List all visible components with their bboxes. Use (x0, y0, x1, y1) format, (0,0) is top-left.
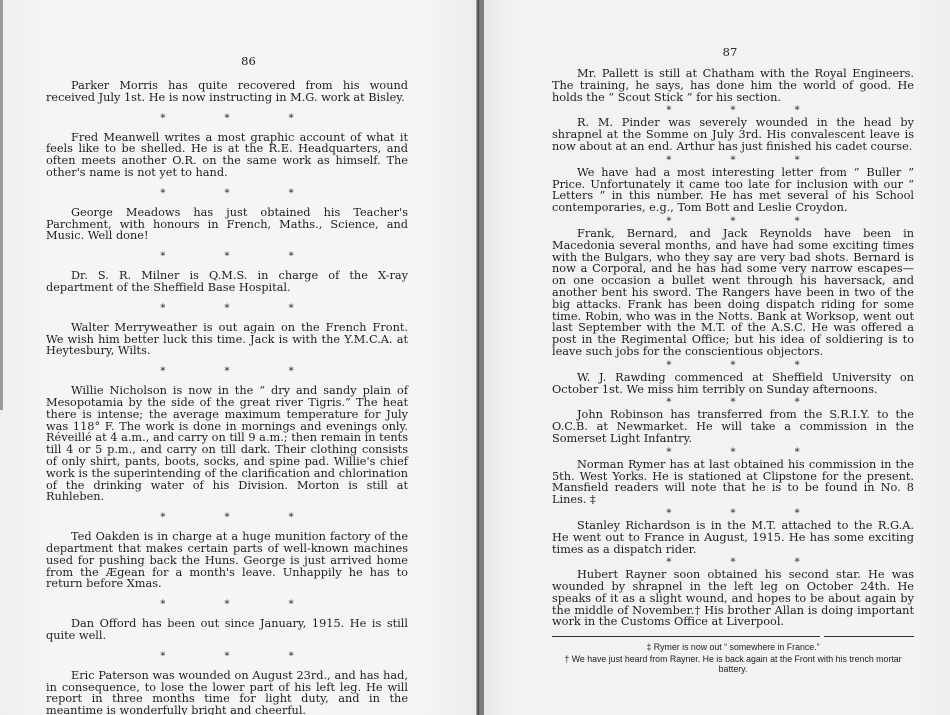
footnote-rule-segment (824, 636, 914, 637)
left-page-text-column: Parker Morris has quite recovered from h… (46, 80, 408, 715)
paragraph-eric-paterson: Eric Paterson was wounded on August 23rd… (46, 670, 408, 715)
section-separator: * * * (552, 214, 914, 228)
footnotes: ‡ Rymer is now out “ somewhere in France… (552, 642, 914, 674)
footnote-rule-segment (552, 636, 820, 637)
page-number: 86 (0, 54, 477, 68)
section-separator: * * * (46, 294, 408, 322)
footnote-dagger: † We have just heard from Rayner. He is … (552, 654, 914, 674)
section-separator: * * * (552, 506, 914, 520)
footnote-double-dagger: ‡ Rymer is now out “ somewhere in France… (552, 642, 914, 652)
paragraph-dan-offord: Dan Offord has been out since January, 1… (46, 618, 408, 642)
section-separator: * * * (46, 642, 408, 670)
paragraph-rm-pinder: R. M. Pinder was severely wounded in the… (552, 117, 914, 152)
section-separator: * * * (46, 357, 408, 385)
paragraph-sr-milner: Dr. S. R. Milner is Q.M.S. in charge of … (46, 270, 408, 294)
paragraph-willie-nicholson: Willie Nicholson is now in the “ dry and… (46, 385, 408, 503)
section-separator: * * * (552, 555, 914, 569)
section-separator: * * * (552, 445, 914, 459)
paragraph-stanley-richardson: Stanley Richardson is in the M.T. attach… (552, 520, 914, 555)
right-page: 87 Mr. Pallett is still at Chatham with … (480, 0, 950, 715)
section-separator: * * * (46, 104, 408, 132)
paragraph-wj-rawding: W. J. Rawding commenced at Sheffield Uni… (552, 372, 914, 396)
paragraph-fred-meanwell: Fred Meanwell writes a most graphic acco… (46, 132, 408, 179)
footnote-rule (552, 632, 914, 642)
paragraph-ted-oakden: Ted Oakden is in charge at a huge muniti… (46, 531, 408, 590)
section-separator: * * * (46, 242, 408, 270)
paragraph-walter-merryweather: Walter Merryweather is out again on the … (46, 322, 408, 357)
section-separator: * * * (46, 179, 408, 207)
section-separator: * * * (552, 395, 914, 409)
paragraph-reynolds: Frank, Bernard, and Jack Reynolds have b… (552, 228, 914, 358)
paragraph-john-robinson: John Robinson has transferred from the S… (552, 409, 914, 444)
section-separator: * * * (46, 590, 408, 618)
paragraph-buller-price: We have had a most interesting letter fr… (552, 167, 914, 214)
paragraph-norman-rymer: Norman Rymer has at last obtained his co… (552, 459, 914, 506)
binding-edge (480, 0, 484, 715)
section-separator: * * * (552, 103, 914, 117)
paragraph-george-meadows: George Meadows has just obtained his Tea… (46, 207, 408, 242)
book-spread: 86 Parker Morris has quite recovered fro… (0, 0, 950, 715)
right-page-text-column: Mr. Pallett is still at Chatham with the… (552, 68, 914, 676)
paragraph-hubert-rayner: Hubert Rayner soon obtained his second s… (552, 569, 914, 628)
paragraph-parker-morris: Parker Morris has quite recovered from h… (46, 80, 408, 104)
section-separator: * * * (552, 358, 914, 372)
section-separator: * * * (46, 503, 408, 531)
left-page: 86 Parker Morris has quite recovered fro… (0, 0, 477, 715)
page-number: 87 (480, 45, 950, 59)
paragraph-mr-pallett: Mr. Pallett is still at Chatham with the… (552, 68, 914, 103)
section-separator: * * * (552, 153, 914, 167)
